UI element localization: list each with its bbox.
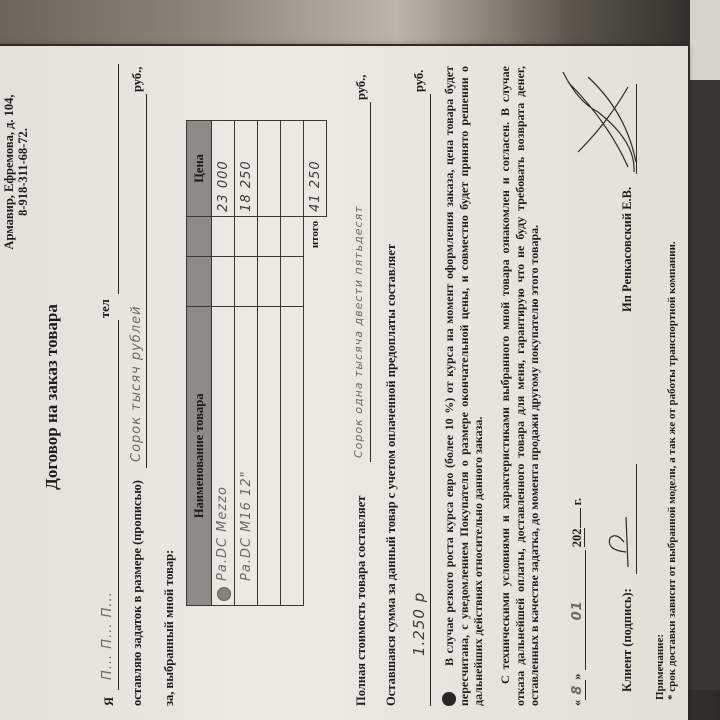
total-value: 41 250 (308, 160, 323, 212)
item-name: Pa.DC M16 12" (239, 470, 254, 581)
phone-label: тел (98, 299, 113, 318)
item-price: 23 000 (216, 160, 231, 212)
table-row: Pa.DC M16 12" 18 250 (235, 121, 258, 606)
note-text: * срок доставки зависит от выбранной мод… (666, 241, 678, 700)
col-header-price: Цена (187, 121, 212, 217)
table-row (281, 121, 304, 606)
full-cost-handwritten: Сорок одна тысяча двести пятьдесят (352, 205, 365, 458)
address-line: Армавир, Ефремова, д. 104, (2, 22, 16, 322)
i-label: Я (102, 697, 117, 706)
full-cost-label: Полная стоимость товара составляет (354, 496, 369, 706)
for-goods-label: за, выбранный мной товар: (162, 550, 177, 706)
table-row: Pa.DC Mezzo 23 000 (212, 121, 235, 606)
item-name: Pa.DC Mezzo (215, 486, 230, 581)
name-handwritten: П... П... П... (100, 591, 115, 680)
seller-signature-label: Ип Ренкасовский Е.В. (620, 187, 635, 312)
background-surface-right (690, 0, 720, 80)
deposit-label: оставляю задаток в размере (прописью) (130, 480, 145, 706)
total-label: итого (304, 216, 327, 306)
col-header-name: Наименование товара (187, 306, 212, 605)
table-row (258, 121, 281, 606)
full-cost-field: Сорок одна тысяча двести пятьдесят (354, 102, 371, 462)
clause-currency: В случае резкого роста курса евро (более… (442, 66, 486, 706)
punch-hole-icon (217, 587, 231, 601)
col-header-faded-1 (187, 256, 212, 306)
note: Примечание: * срок доставки зависит от в… (654, 241, 678, 700)
client-signature-label: Клиент (подпись): (620, 588, 635, 692)
goods-table: Наименование товара Цена Pa.DC Mezzo 23 … (186, 120, 327, 606)
contract-paper: Армавир, Ефремова, д. 104, 8-918-311-68-… (0, 46, 688, 720)
table-total-row: итого 41 250 (304, 121, 327, 606)
phone-line: 8-918-311-68-72. (16, 22, 30, 322)
name-field: П... П... П... (102, 320, 119, 690)
client-signature-icon (598, 512, 634, 572)
note-label: Примечание: (654, 241, 666, 700)
document-title: Договор на заказ товара (42, 232, 62, 562)
item-price: 18 250 (239, 160, 254, 212)
deposit-field: Сорок тысяч рублей (130, 94, 147, 468)
seller-signature-icon (558, 62, 638, 182)
remaining-label: Оставшаяся сумма за данный товар с учето… (384, 244, 399, 706)
header-address: Армавир, Ефремова, д. 104, 8-918-311-68-… (2, 22, 30, 322)
punch-hole-icon (442, 692, 456, 706)
remaining-field: 1.250 р (410, 94, 431, 706)
remaining-currency: руб. (412, 70, 427, 92)
phone-field (102, 64, 119, 294)
date-line: «8» 01 202 г. (570, 498, 586, 706)
clause-acceptance: С техническими условиями и характеристик… (498, 66, 542, 706)
background-surface-top (0, 0, 720, 44)
col-header-faded-2 (187, 216, 212, 256)
deposit-currency: руб., (130, 67, 145, 92)
deposit-handwritten: Сорок тысяч рублей (129, 305, 144, 462)
remaining-handwritten: 1.250 р (410, 592, 428, 656)
full-cost-currency: руб., (354, 75, 369, 100)
